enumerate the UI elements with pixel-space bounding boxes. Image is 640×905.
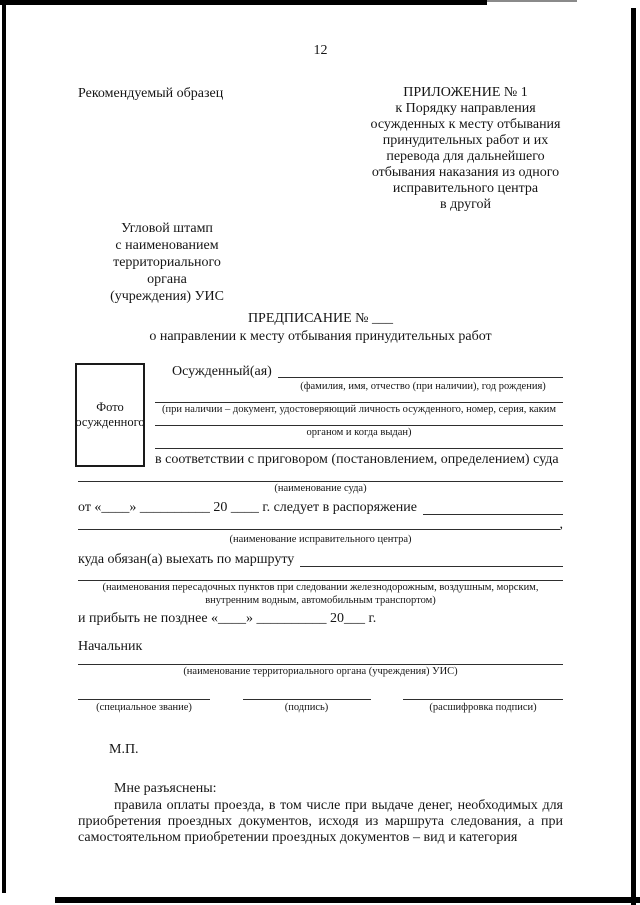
recommended-sample-label: Рекомендуемый образец — [78, 85, 223, 102]
photo-box-label: Фото осужденного — [75, 400, 144, 430]
scanned-document-page: 12 Рекомендуемый образец ПРИЛОЖЕНИЕ № 1 … — [0, 0, 640, 905]
stamp-line: (учреждения) УИС — [101, 288, 233, 305]
caption-court: (наименование суда) — [78, 483, 563, 495]
chief-label: Начальник — [78, 638, 563, 655]
blank-line — [243, 699, 371, 700]
appendix-line: перевода для дальнейшего — [363, 149, 568, 165]
scan-border-left — [2, 0, 6, 893]
blank-line — [78, 664, 563, 665]
appendix-line: осужденных к месту отбывания — [363, 117, 568, 133]
acknowledgement-paragraph: правила оплаты проезда, в том числе при … — [78, 798, 563, 846]
date-row: от «____» __________ 20 ____ г. следует … — [78, 499, 563, 517]
blank-line — [155, 448, 563, 449]
caption-signature-name: (расшифровка подписи) — [403, 702, 563, 714]
signature-col-rank: (специальное звание) — [78, 699, 210, 714]
date-text: от «____» __________ 20 ____ г. следует … — [78, 499, 417, 517]
scan-border-right — [631, 8, 636, 905]
blank-line — [78, 580, 563, 581]
document-header: Рекомендуемый образец ПРИЛОЖЕНИЕ № 1 к П… — [78, 85, 563, 217]
blank-line — [155, 425, 563, 426]
convict-name-blank — [278, 363, 563, 378]
blank-line — [155, 402, 563, 403]
caption-org: (наименование территориального органа (у… — [78, 666, 563, 678]
appendix-block: ПРИЛОЖЕНИЕ № 1 к Порядку направления осу… — [363, 85, 568, 213]
caption-signature: (подпись) — [243, 702, 371, 714]
blank-line — [403, 699, 563, 700]
appendix-line: принудительных работ и их — [363, 133, 568, 149]
blank-line — [78, 481, 563, 482]
caption-route-2: внутренним водным, автомобильным транспо… — [78, 595, 563, 607]
destination-continuation-row: , — [78, 517, 563, 533]
blank-line — [78, 517, 560, 530]
corner-stamp-block: Угловой штамп с наименованием территориа… — [101, 220, 233, 305]
convict-label: Осужденный(ая) — [155, 363, 272, 380]
route-text: куда обязан(а) выехать по маршруту — [78, 551, 294, 569]
caption-document-2: органом и когда выдан) — [155, 427, 563, 439]
arrive-text: и прибыть не позднее «____» __________ 2… — [78, 610, 563, 627]
signature-row: (специальное звание) (подпись) (расшифро… — [78, 699, 563, 714]
signature-col-name: (расшифровка подписи) — [403, 699, 563, 714]
blank-line — [78, 699, 210, 700]
caption-fio: (фамилия, имя, отчество (при наличии), г… — [155, 381, 563, 393]
stamp-line: территориального органа — [101, 254, 233, 288]
caption-document-1: (при наличии – документ, удостоверяющий … — [155, 404, 563, 416]
convict-name-row: Осужденный(ая) — [155, 363, 563, 380]
appendix-line: в другой — [363, 197, 568, 213]
caption-route-1: (наименования пересадочных пунктов при с… — [78, 582, 563, 594]
scan-border-bottom — [55, 897, 640, 903]
appendix-line: исправительного центра — [363, 181, 568, 197]
comma: , — [560, 517, 564, 533]
stamp-line: с наименованием — [101, 237, 233, 254]
stamp-line: Угловой штамп — [101, 220, 233, 237]
seal-label: М.П. — [78, 741, 563, 758]
signature-col-signature: (подпись) — [243, 699, 371, 714]
document-title: ПРЕДПИСАНИЕ № ___ — [78, 310, 563, 328]
appendix-line: ПРИЛОЖЕНИЕ № 1 — [363, 85, 568, 101]
route-blank — [300, 551, 563, 567]
appendix-line: отбывания наказания из одного — [363, 165, 568, 181]
document-title-block: ПРЕДПИСАНИЕ № ___ о направлении к месту … — [78, 310, 563, 346]
acknowledgement-intro: Мне разъяснены: — [78, 780, 563, 797]
photo-box: Фото осужденного — [75, 363, 145, 467]
according-text: в соответствии с приговором (постановлен… — [155, 451, 563, 468]
appendix-line: к Порядку направления — [363, 101, 568, 117]
caption-correction-center: (наименование исправительного центра) — [78, 534, 563, 546]
convict-section: Фото осужденного Осужденный(ая) (фамилия… — [78, 363, 563, 469]
document-subtitle: о направлении к месту отбывания принудит… — [78, 328, 563, 346]
document-content: 12 Рекомендуемый образец ПРИЛОЖЕНИЕ № 1 … — [78, 0, 563, 846]
page-number: 12 — [78, 42, 563, 59]
route-row: куда обязан(а) выехать по маршруту — [78, 551, 563, 569]
destination-blank — [423, 499, 563, 515]
caption-rank: (специальное звание) — [78, 702, 210, 714]
convict-fields-column: Осужденный(ая) (фамилия, имя, отчество (… — [155, 363, 563, 468]
